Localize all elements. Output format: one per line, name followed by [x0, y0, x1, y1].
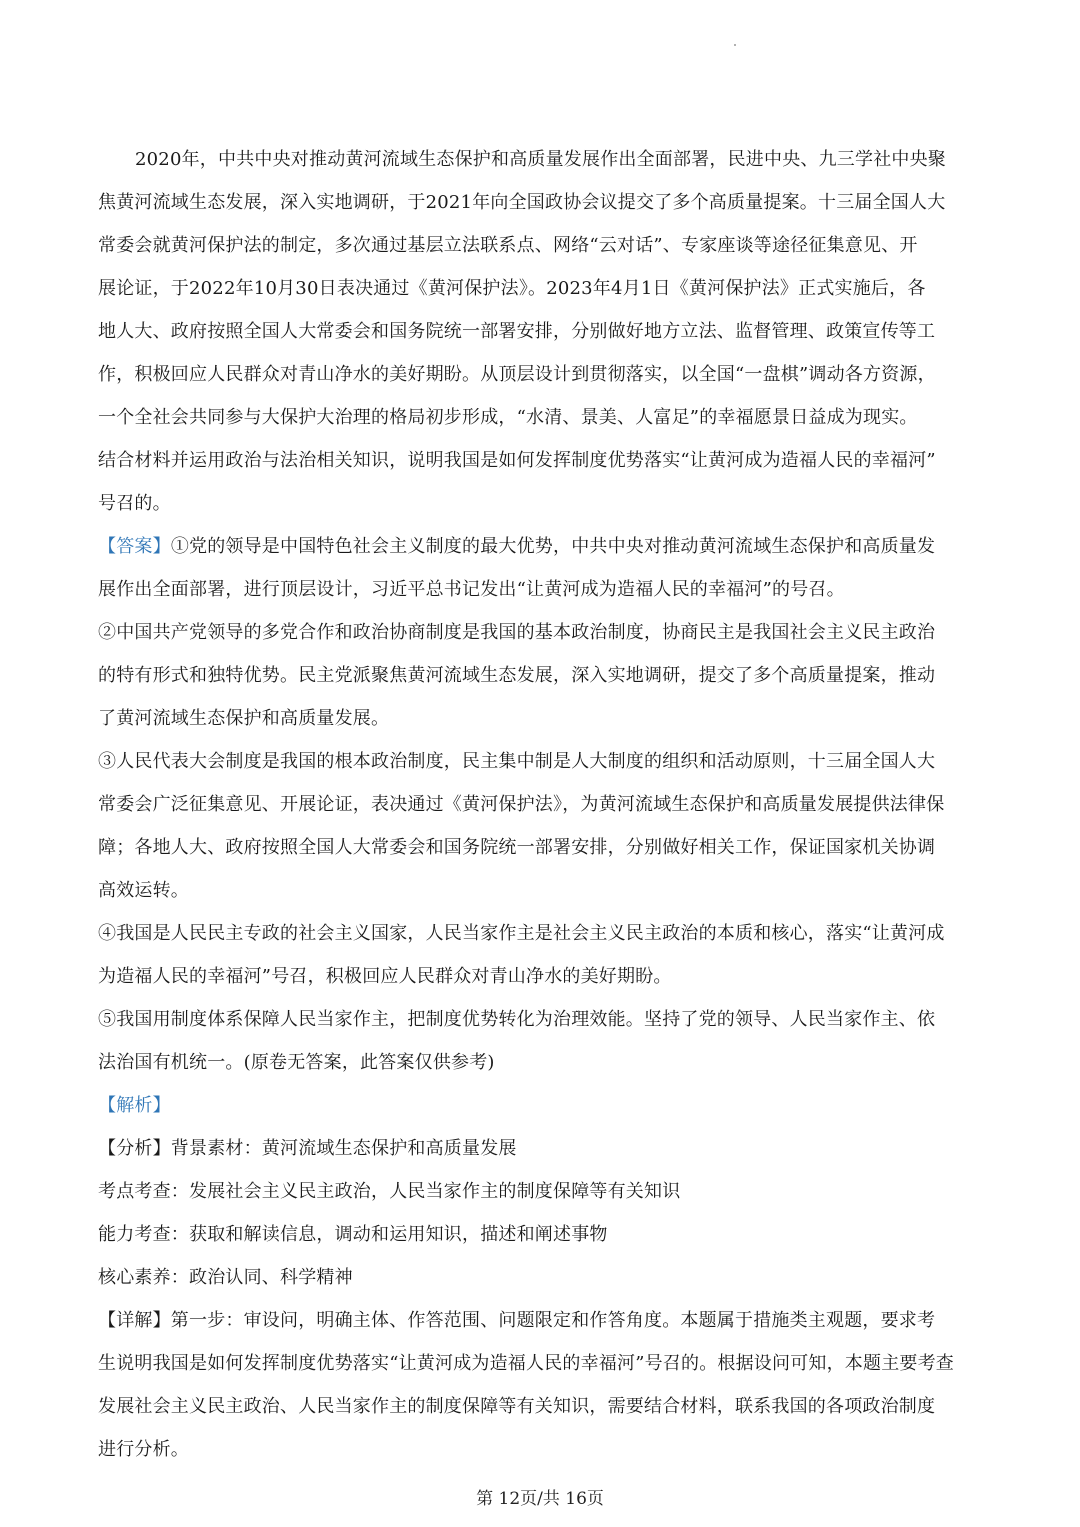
decorative-dot [734, 44, 736, 46]
analysis-line: 考点考查：发展社会主义民主政治，人民当家作主的制度保障等有关知识 [98, 1182, 680, 1202]
answer-text: ①党的领导是中国特色社会主义制度的最大优势，中共中央对推动黄河流域生态保护和高质… [171, 536, 935, 557]
material-line: 作，积极回应人民群众对青山净水的美好期盼。从顶层设计到贯彻落实，以全国“一盘棋”… [98, 365, 936, 385]
page-indicator: 第 12页/共 16页 [0, 1484, 1080, 1509]
answer-line: 的特有形式和独特优势。民主党派聚焦黄河流域生态发展，深入实地调研，提交了多个高质… [98, 666, 935, 686]
material-line: 2020年，中共中央对推动黄河流域生态保护和高质量发展作出全面部署，民进中央、九… [135, 150, 946, 170]
analysis-line: 发展社会主义民主政治、人民当家作主的制度保障等有关知识，需要结合材料，联系我国的… [98, 1397, 935, 1417]
analysis-line: 进行分析。 [98, 1440, 189, 1460]
question-line: 结合材料并运用政治与法治相关知识，说明我国是如何发挥制度优势落实“让黄河成为造福… [98, 451, 936, 471]
question-line: 号召的。 [98, 494, 171, 514]
answer-line: ②中国共产党领导的多党合作和政治协商制度是我国的基本政治制度，协商民主是我国社会… [98, 623, 935, 643]
answer-line: 障；各地人大、政府按照全国人大常委会和国务院统一部署安排，分别做好相关工作，保证… [98, 838, 935, 858]
answer-line: ④我国是人民民主专政的社会主义国家，人民当家作主是社会主义民主政治的本质和核心，… [98, 924, 945, 944]
material-line: 一个全社会共同参与大保护大治理的格局初步形成，“水清、景美、人富足”的幸福愿景日… [98, 408, 918, 428]
material-line: 展论证，于2022年10月30日表决通过《黄河保护法》。2023年4月1日《黄河… [98, 279, 926, 299]
material-line: 地人大、政府按照全国人大常委会和国务院统一部署安排，分别做好地方立法、监督管理、… [98, 322, 935, 342]
answer-line: 常委会广泛征集意见、开展论证，表决通过《黄河保护法》，为黄河流域生态保护和高质量… [98, 795, 944, 815]
material-line: 焦黄河流域生态发展，深入实地调研，于2021年向全国政协会议提交了多个高质量提案… [98, 193, 945, 213]
analysis-line: 能力考查：获取和解读信息，调动和运用知识，描述和阐述事物 [98, 1225, 608, 1245]
material-line: 常委会就黄河保护法的制定，多次通过基层立法联系点、网络“云对话”、专家座谈等途径… [98, 236, 918, 256]
document-page: 2020年，中共中央对推动黄河流域生态保护和高质量发展作出全面部署，民进中央、九… [0, 0, 1080, 1527]
answer-line: 法治国有机统一。(原卷无答案，此答案仅供参考) [98, 1053, 495, 1073]
answer-line: 了黄河流域生态保护和高质量发展。 [98, 709, 389, 729]
answer-line: 【答案】①党的领导是中国特色社会主义制度的最大优势，中共中央对推动黄河流域生态保… [98, 537, 935, 557]
answer-line: 展作出全面部署，进行顶层设计，习近平总书记发出“让黄河成为造福人民的幸福河”的号… [98, 580, 845, 600]
analysis-line: 【分析】背景素材：黄河流域生态保护和高质量发展 [98, 1139, 517, 1159]
analysis-label: 【解析】 [98, 1096, 171, 1116]
answer-line: ⑤我国用制度体系保障人民当家作主，把制度优势转化为治理效能。坚持了党的领导、人民… [98, 1010, 935, 1030]
answer-line: 为造福人民的幸福河”号召，积极回应人民群众对青山净水的美好期盼。 [98, 967, 672, 987]
answer-line: ③人民代表大会制度是我国的根本政治制度，民主集中制是人大制度的组织和活动原则，十… [98, 752, 935, 772]
answer-label: 【答案】 [98, 536, 171, 557]
analysis-line: 生说明我国是如何发挥制度优势落实“让黄河成为造福人民的幸福河”号召的。根据设问可… [98, 1354, 954, 1374]
analysis-line: 核心素养：政治认同、科学精神 [98, 1268, 353, 1288]
answer-line: 高效运转。 [98, 881, 189, 901]
analysis-line: 【详解】第一步：审设问，明确主体、作答范围、问题限定和作答角度。本题属于措施类主… [98, 1311, 935, 1331]
